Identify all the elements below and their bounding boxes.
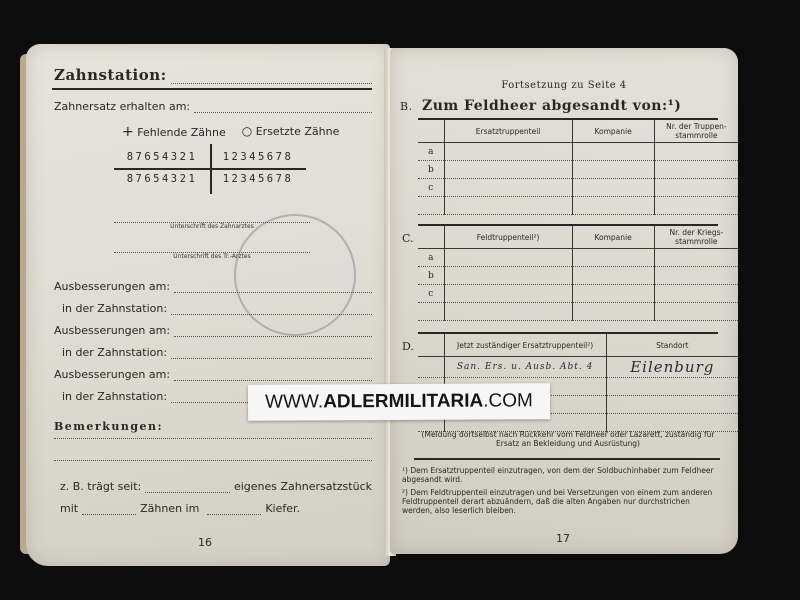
signature-line <box>114 214 310 223</box>
dental-station-title: Zahnstation: <box>54 66 372 84</box>
repair-date-row-1: Ausbesserungen am: <box>54 280 372 293</box>
legend-missing-label: Fehlende Zähne <box>137 126 226 139</box>
watermark-prefix: WWW. <box>265 391 323 413</box>
prosthesis-row: z. B. trägt seit: eigenes Zahnersatzstüc… <box>60 480 372 493</box>
section-c-letter: C. <box>402 232 414 245</box>
entry-cell[interactable] <box>654 179 738 197</box>
table-row: a <box>418 143 738 161</box>
table-row: b <box>418 161 738 179</box>
entry-cell[interactable] <box>654 249 738 267</box>
section-b-table: Ersatztruppenteil Kompanie Nr. der Trupp… <box>418 120 738 215</box>
title-underline <box>52 88 372 90</box>
repair-station-label: in der Zahnstation: <box>62 390 167 403</box>
entry-cell[interactable] <box>444 161 572 179</box>
remarks-heading: Bemerkungen: <box>54 420 163 433</box>
table-row <box>418 303 738 321</box>
repair-date-label: Ausbesserungen am: <box>54 324 170 337</box>
lower-right-teeth: 12345678 <box>210 173 306 185</box>
dotted-fill-line <box>174 282 372 293</box>
repair-station-label: in der Zahnstation: <box>62 302 167 315</box>
dental-station-label: Zahnstation: <box>54 66 167 84</box>
circle-icon: ○ <box>242 124 252 138</box>
section-d-letter: D. <box>402 340 414 353</box>
entry-cell[interactable] <box>572 285 654 303</box>
row-label: a <box>418 249 444 267</box>
doctor-signature-caption: Unterschrift des Tr.-Arztes <box>114 253 310 260</box>
entry-cell[interactable] <box>444 179 572 197</box>
continuation-note: Fortsetzung zu Seite 4 <box>390 80 738 91</box>
dentist-signature-caption: Unterschrift des Zahnarztes <box>114 223 310 230</box>
dotted-fill-line <box>174 370 372 381</box>
teeth-legend: + Fehlende Zähne ○ Ersetzte Zähne <box>122 124 339 140</box>
row-label <box>418 303 444 321</box>
column-header: Kompanie <box>572 226 654 249</box>
column-header: Kompanie <box>572 120 654 143</box>
repair-date-label: Ausbesserungen am: <box>54 280 170 293</box>
repair-station-row-2: in der Zahnstation: <box>62 346 372 359</box>
entry-cell[interactable] <box>654 267 738 285</box>
upper-jaw-row: 87654321 12345678 <box>114 146 314 168</box>
entry-cell[interactable] <box>654 143 738 161</box>
footnote-2: ²) Dem Feldtruppenteil einzutragen und b… <box>402 488 720 515</box>
section-d-note: (Meldung dortselbst nach Rückkehr vom Fe… <box>420 430 716 448</box>
entry-cell[interactable] <box>654 303 738 321</box>
watermark-label: WWW.ADLERMILITARIA.COM <box>248 383 550 421</box>
footnote-rule <box>414 458 720 460</box>
entry-cell[interactable] <box>572 197 654 215</box>
repair-station-label: in der Zahnstation: <box>62 346 167 359</box>
dotted-fill-line <box>145 482 230 493</box>
table-row: c <box>418 179 738 197</box>
remarks-line-1 <box>54 438 372 439</box>
row-label: c <box>418 285 444 303</box>
lower-left-teeth: 87654321 <box>114 173 210 185</box>
section-b-letter: B. <box>400 100 413 113</box>
table-row: a <box>418 249 738 267</box>
dotted-fill-line <box>207 504 261 515</box>
entry-cell[interactable] <box>444 249 572 267</box>
lower-jaw-row: 87654321 12345678 <box>114 168 314 190</box>
entry-cell[interactable] <box>572 161 654 179</box>
teeth-horizontal-divider <box>114 168 306 170</box>
repair-date-row-2: Ausbesserungen am: <box>54 324 372 337</box>
remarks-line-2 <box>54 460 372 461</box>
row-label: a <box>418 143 444 161</box>
table-header-row: Ersatztruppenteil Kompanie Nr. der Trupp… <box>418 120 738 143</box>
watermark-suffix: .COM <box>483 390 533 412</box>
left-page: Zahnstation: Zahnersatz erhalten am: + F… <box>26 44 390 566</box>
teeth-chart: 87654321 12345678 87654321 12345678 <box>114 146 314 190</box>
entry-cell[interactable] <box>444 197 572 215</box>
upper-right-teeth: 12345678 <box>210 151 306 163</box>
entry-cell[interactable] <box>606 396 738 414</box>
repair-station-row-1: in der Zahnstation: <box>62 302 372 315</box>
entry-cell[interactable] <box>444 303 572 321</box>
received-row: Zahnersatz erhalten am: <box>54 100 372 113</box>
dotted-fill-line <box>194 102 372 113</box>
page-number-left: 16 <box>198 536 212 549</box>
dotted-fill-line <box>82 504 136 515</box>
teeth-in-label: Zähnen im <box>140 502 199 515</box>
dotted-fill-line <box>171 304 372 315</box>
table-header-row: Feldtruppenteil²) Kompanie Nr. der Krieg… <box>418 226 738 249</box>
entry-cell[interactable] <box>572 267 654 285</box>
dotted-fill-line <box>174 326 372 337</box>
row-label: b <box>418 267 444 285</box>
row-label-header <box>418 226 444 249</box>
table-row: c <box>418 285 738 303</box>
entry-cell[interactable] <box>572 179 654 197</box>
repair-date-label: Ausbesserungen am: <box>54 368 170 381</box>
footnote-1: ¹) Dem Ersatztruppenteil einzutragen, vo… <box>402 466 720 484</box>
wears-since-label: z. B. trägt seit: <box>60 480 141 493</box>
row-label-header <box>418 120 444 143</box>
row-label: c <box>418 179 444 197</box>
column-header: Ersatztruppenteil <box>444 120 572 143</box>
section-b-heading: B. Zum Feldheer abgesandt von:¹) <box>400 98 681 114</box>
jaw-label: Kiefer. <box>265 502 300 515</box>
row-label <box>418 197 444 215</box>
row-label-header <box>418 334 444 357</box>
repair-date-row-3: Ausbesserungen am: <box>54 368 372 381</box>
received-label: Zahnersatz erhalten am: <box>54 100 190 113</box>
entry-cell[interactable] <box>444 143 572 161</box>
dotted-fill-line <box>171 73 372 84</box>
entry-cell[interactable] <box>572 143 654 161</box>
watermark-brand: ADLERMILITARIA <box>323 391 483 414</box>
column-header: Nr. der Kriegs-stammrolle <box>654 226 738 249</box>
entry-cell[interactable] <box>654 285 738 303</box>
dentist-signature: Unterschrift des Zahnarztes <box>114 214 310 230</box>
column-header: Standort <box>606 334 738 357</box>
table-row: b <box>418 267 738 285</box>
plus-icon: + <box>122 124 134 140</box>
table-header-row: Jetzt zuständiger Ersatztruppenteil²) St… <box>418 334 738 357</box>
right-page: Fortsetzung zu Seite 4 B. Zum Feldheer a… <box>390 48 738 554</box>
handwritten-location[interactable]: Eilenburg <box>606 357 738 378</box>
own-prosthesis-label: eigenes Zahnersatzstück <box>234 480 372 493</box>
upper-left-teeth: 87654321 <box>114 151 210 163</box>
doctor-signature: Unterschrift des Tr.-Arztes <box>114 244 310 260</box>
section-b-title: Zum Feldheer abgesandt von:¹) <box>422 98 681 114</box>
section-c-table: Feldtruppenteil²) Kompanie Nr. der Krieg… <box>418 226 738 321</box>
column-header: Feldtruppenteil²) <box>444 226 572 249</box>
column-header: Nr. der Truppen-stammrolle <box>654 120 738 143</box>
entry-cell[interactable] <box>444 267 572 285</box>
entry-cell[interactable] <box>654 161 738 179</box>
signature-line <box>114 244 310 253</box>
entry-cell[interactable] <box>444 285 572 303</box>
row-label <box>418 357 444 378</box>
legend-replaced-label: Ersetzte Zähne <box>256 125 340 138</box>
row-label: b <box>418 161 444 179</box>
column-header: Jetzt zuständiger Ersatztruppenteil²) <box>444 334 606 357</box>
handwritten-unit[interactable]: San. Ers. u. Ausb. Abt. 4 <box>444 357 606 378</box>
table-row <box>418 197 738 215</box>
entry-cell[interactable] <box>606 414 738 432</box>
entry-cell[interactable] <box>572 303 654 321</box>
legend-replaced: ○ Ersetzte Zähne <box>242 124 340 140</box>
teeth-count-row: mit Zähnen im Kiefer. <box>60 502 300 515</box>
with-label: mit <box>60 502 78 515</box>
page-number-right: 17 <box>556 532 570 545</box>
entry-cell[interactable] <box>606 378 738 396</box>
legend-missing: + Fehlende Zähne <box>122 124 226 140</box>
entry-cell[interactable] <box>572 249 654 267</box>
dotted-fill-line <box>171 348 372 359</box>
faded-stamp <box>234 214 356 336</box>
entry-cell[interactable] <box>654 197 738 215</box>
table-row: San. Ers. u. Ausb. Abt. 4 Eilenburg <box>418 357 738 378</box>
